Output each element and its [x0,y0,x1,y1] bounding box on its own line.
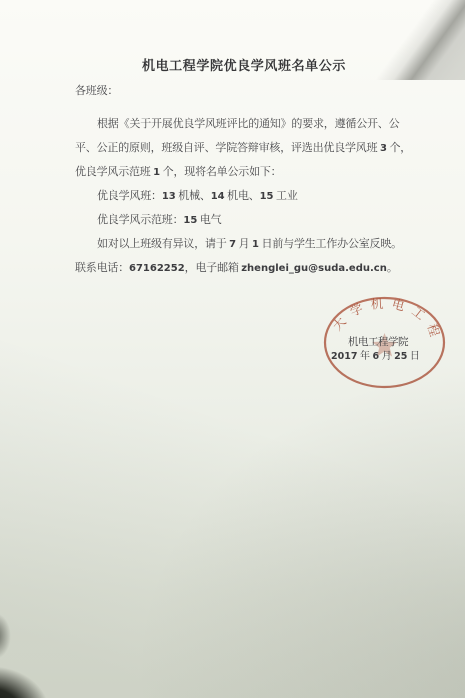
body-line-3: 优良学风示范班 1 个，现将名单公示如下： [75,160,420,184]
signature-organization: 机电工程学院 [348,336,408,350]
photographed-notice-page: 机电工程学院优良学风班名单公示 各班级： 根据《关于开展优良学风班评比的通知》的… [0,0,465,698]
body-line-5: 优良学风示范班：15 电气 [75,208,420,232]
body-line-6: 如对以上班级有异议，请于 7 月 1 日前与学生工作办公室反映。 [75,232,420,256]
body-line-7: 联系电话：67162252，电子邮箱 zhenglei_gu@suda.edu.… [75,256,420,280]
signature-date: 2017 年 6 月 25 日 [331,350,420,363]
body-line-4: 优良学风班：13 机械、14 机电、15 工业 [75,184,420,208]
salutation: 各班级： [75,84,118,98]
body-line-2: 平、公正的原则，班级自评、学院答辩审核，评选出优良学风班 3 个， [75,136,420,160]
document-title: 机电工程学院优良学风班名单公示 [75,55,413,74]
body-paragraphs: 根据《关于开展优良学风班评比的通知》的要求，遵循公开、公 平、公正的原则，班级自… [75,112,420,280]
body-line-1: 根据《关于开展优良学风班评比的通知》的要求，遵循公开、公 [75,112,420,136]
